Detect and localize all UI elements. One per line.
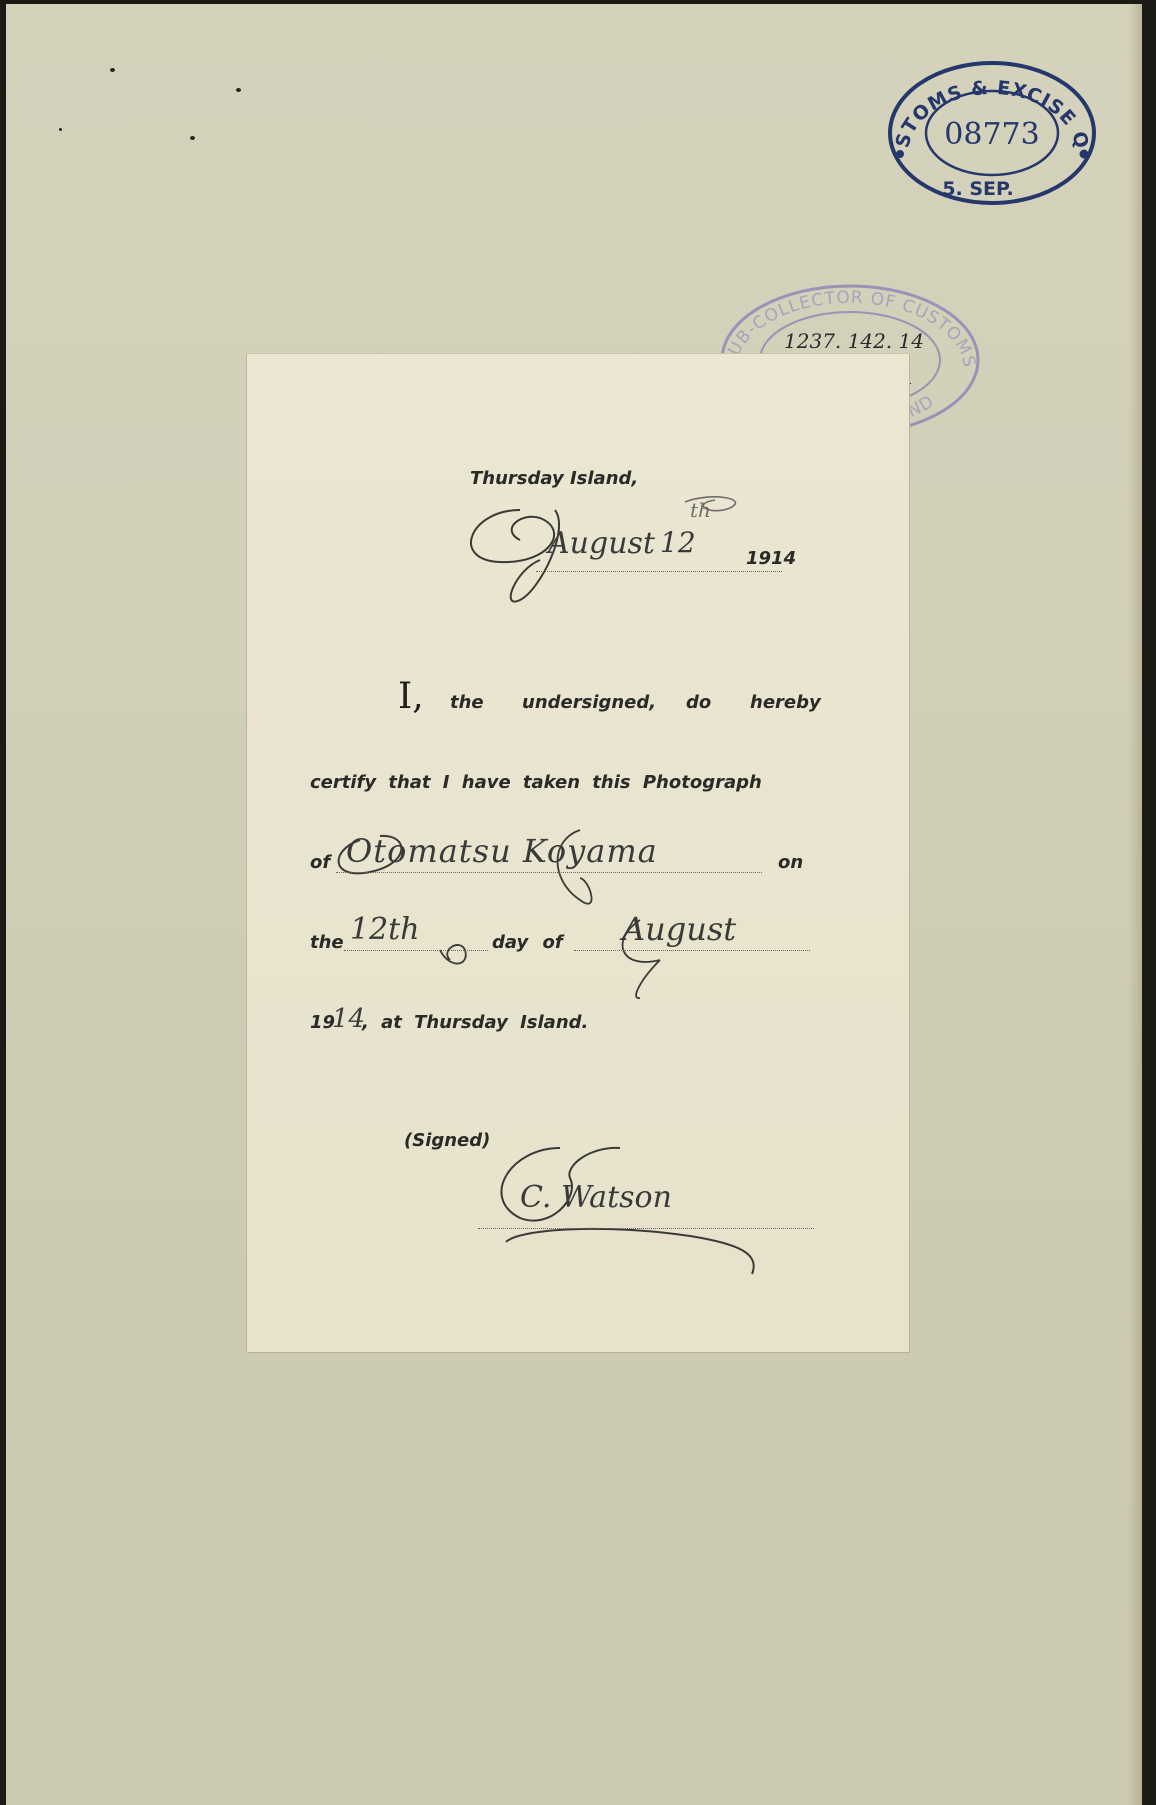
date-dotted-line [536, 571, 782, 572]
certificate-word: hereby [750, 692, 821, 713]
signature-dotted-line [478, 1228, 814, 1229]
day-dotted-line [344, 950, 488, 951]
signed-label: (Signed) [404, 1130, 490, 1151]
customs-stamp-date: 5. SEP. [942, 178, 1013, 200]
collector-handwritten-ref: 1237. 142. 14 [784, 329, 924, 353]
handwritten-date-day: 12 [660, 526, 696, 559]
on-label: on [778, 852, 803, 873]
handwritten-month: August [622, 910, 736, 948]
handwritten-date-month: August [548, 526, 655, 561]
customs-stamp-number: 08773 [944, 117, 1039, 152]
certificate-word: undersigned, [522, 692, 656, 713]
handwritten-year-digits: 14 [332, 1004, 365, 1034]
pin-hole [190, 136, 195, 140]
customs-excise-stamp: CUSTOMS & EXCISE QLD 08773 5. SEP. [886, 58, 1098, 208]
the-label: the [310, 932, 344, 953]
name-dotted-line [336, 872, 762, 873]
handwritten-date-suffix: th [690, 498, 711, 522]
date-year: 1914 [746, 548, 796, 569]
customs-stamp-graphic: CUSTOMS & EXCISE QLD 08773 5. SEP. [886, 58, 1098, 208]
day-of-label: day of [492, 932, 563, 953]
certificate-line-2: certify that I have taken this Photograp… [310, 772, 762, 793]
place-heading: Thursday Island, [470, 468, 638, 489]
certificate-word: the [450, 692, 484, 713]
pin-hole [59, 128, 62, 131]
month-dotted-line [574, 950, 810, 951]
handwritten-photographed-name: Otomatsu Koyama [346, 832, 658, 870]
pin-hole [236, 88, 241, 92]
certificate-line-5-rest: , at Thursday Island. [362, 1012, 588, 1033]
pin-hole [110, 68, 115, 72]
of-label: of [310, 852, 330, 873]
signature: C. Watson [520, 1180, 672, 1215]
handwritten-day: 12th [350, 912, 420, 947]
certificate-word: do [686, 692, 711, 713]
certificate-initial-I: I, [398, 676, 424, 717]
